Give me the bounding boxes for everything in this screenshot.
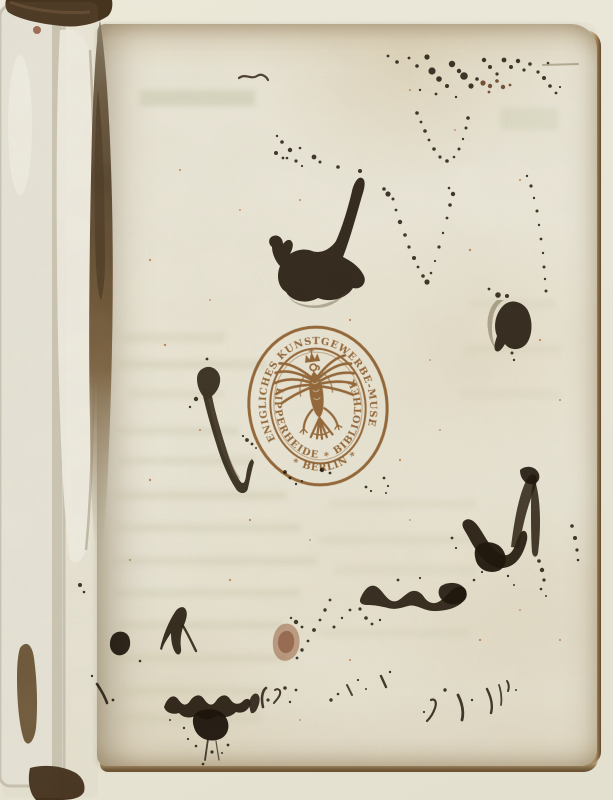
ink-speck-big-check-right	[573, 536, 577, 540]
ink-speck-right-dotted-arc	[543, 266, 546, 269]
ink-speck-rust-spatter	[480, 80, 485, 85]
ink-speck-dotted-v-right	[430, 272, 433, 275]
ink-speck-big-check-right	[540, 568, 544, 572]
ink-speck-dotted-v-right	[448, 203, 452, 207]
ink-speck-stamp-speckles	[242, 435, 244, 437]
ink-speck-dotted-v-right	[403, 233, 407, 237]
ink-speck-dotted-diag-red	[290, 617, 292, 619]
ink-speck-dotted-v-right	[385, 191, 390, 196]
ink-speck-big-check-right	[575, 548, 578, 551]
ink-speck-squiggle-top-left	[294, 159, 297, 162]
ink-speck-stamp-speckles	[255, 447, 257, 449]
ink-speck-mid-right-blob	[488, 288, 491, 291]
ink-speck-ps-marks	[295, 689, 298, 692]
ink-speck-dotted-v-right	[412, 256, 416, 260]
ink-speck-right-dotted-arc	[540, 238, 543, 241]
ink-speck-top-spatter	[559, 86, 561, 88]
ink-speck-squiggle-bottom-mid	[481, 571, 483, 573]
ink-speck-right-bottom-group	[515, 689, 517, 691]
ink-speck-dotted-v-right	[407, 245, 410, 248]
ink-speck-right-bottom-group	[423, 711, 425, 713]
ink-speck-right-bottom-group	[443, 688, 446, 691]
ink-speck-right-dotted-arc	[545, 290, 548, 293]
ink-speck-rust-spatter	[488, 91, 491, 94]
ink-speck-top-spatter	[445, 84, 449, 88]
ink-speck-bottom-scrawl	[187, 738, 189, 740]
ink-speck-right-dotted-arc	[533, 197, 535, 199]
ink-speck-dotted-arc-top-mid	[423, 129, 427, 133]
ink-speck-check-stroke	[206, 358, 209, 361]
ink-speck-dotted-diag-red	[319, 619, 322, 622]
ink-speck-top-spatter	[408, 57, 411, 60]
ink-speck-top-spatter	[475, 77, 479, 81]
ink-speck-ps-marks	[266, 698, 269, 701]
ink-speck-squiggle-bottom-mid	[379, 619, 381, 621]
ink-speck-dotted-diag-red	[296, 657, 299, 660]
ink-speck-dotted-diag-red	[294, 620, 298, 624]
ink-speck-dotted-diag-red	[307, 640, 310, 643]
ink-speck-top-spatter	[528, 62, 532, 66]
ink-speck-big-check-right	[513, 584, 515, 586]
ink-speck-dotted-v-right	[382, 187, 386, 191]
ink-speck-top-spatter	[495, 72, 498, 75]
ink-mark-lambda-mark	[110, 632, 130, 656]
ink-speck-dotted-arc-top-mid	[415, 111, 419, 115]
ink-speck-top-spatter	[460, 72, 468, 80]
ink-speck-top-spatter	[468, 83, 473, 88]
ink-speck-mid-right-blob	[495, 292, 501, 298]
ink-speck-dotted-arc-top-mid	[420, 121, 423, 124]
ink-speck-squiggle-bottom-mid	[419, 577, 421, 579]
ink-speck-squiggle-bottom-mid	[341, 617, 343, 619]
ink-speck-bottom-scrawl	[210, 750, 213, 753]
ink-speck-dotted-v-right	[424, 279, 429, 284]
ink-speck-squiggle-bottom-mid	[364, 616, 368, 620]
ink-speck-top-spatter	[436, 76, 442, 82]
ink-speck-stamp-speckles	[245, 438, 249, 442]
ink-speck-bird-blot	[282, 157, 285, 160]
ink-speck-top-spatter	[419, 89, 421, 91]
ink-speck-mid-dashes	[365, 688, 367, 690]
ink-speck-dotted-arc-top-mid	[432, 147, 436, 151]
ink-speck-dotted-v-right	[392, 198, 395, 201]
ink-speck-dotted-v-right	[398, 220, 402, 224]
ink-speck-top-spatter	[542, 76, 546, 80]
ink-speck-mid-dashes	[357, 679, 359, 681]
photo-backdrop: KOENIGLICHES KUNSTGEWERBE-MUSEUM ∗ BERLI…	[0, 0, 613, 800]
ink-speck-right-dotted-arc	[544, 278, 546, 280]
ink-speck-stamp-speckles	[370, 490, 372, 492]
ink-speck-big-check-right	[455, 547, 457, 549]
ink-speck-squiggle-bottom-mid	[371, 623, 374, 626]
ink-speck-bottom-scrawl	[202, 763, 205, 766]
ink-speck-top-spatter	[536, 70, 539, 73]
ink-speck-top-spatter	[449, 61, 455, 67]
ink-speck-dotted-arc-top-mid	[438, 155, 441, 158]
ink-speck-squiggle-top-left	[280, 140, 284, 144]
ink-speck-big-check-right	[540, 588, 543, 591]
ink-speck-stamp-speckles	[387, 485, 389, 487]
ink-speck-stamp-speckles	[320, 468, 324, 472]
ink-speck-ps-marks	[283, 686, 287, 690]
ink-speck-stamp-speckles	[365, 486, 368, 489]
ink-speck-bird-blot	[312, 155, 317, 160]
ink-speck-big-check-right	[537, 559, 541, 563]
ink-speck-top-spatter	[428, 67, 435, 74]
ink-speck-top-spatter	[509, 65, 513, 69]
ink-speck-dotted-arc-top-mid	[428, 139, 431, 142]
ink-speck-spine-bottom-dash	[112, 699, 115, 702]
ink-speck-dotted-v-right	[442, 232, 444, 234]
ink-speck-dotted-diag-red	[301, 626, 304, 629]
ink-speck-bird-blot	[336, 165, 340, 169]
ink-speck-big-check-right	[577, 559, 580, 562]
ink-speck-mid-dashes	[337, 693, 340, 696]
ink-speck-dotted-v-right	[434, 260, 436, 262]
ink-speck-squiggle-bottom-mid	[397, 579, 400, 582]
ink-speck-stamp-speckles	[283, 470, 287, 474]
ink-speck-bird-blot	[358, 169, 362, 173]
ink-speck-stamp-speckles	[329, 472, 332, 475]
ink-speck-big-check-right	[545, 595, 547, 597]
ink-speck-dotted-v-right	[421, 274, 425, 278]
ink-speck-dotted-v-right	[448, 187, 451, 190]
ink-speck-squiggle-top-left	[301, 165, 303, 167]
ink-speck-mid-right-blob	[513, 359, 515, 361]
ink-speck-dotted-arc-top-mid	[453, 156, 456, 159]
ink-speck-mid-dashes	[329, 698, 332, 701]
ink-speck-bird-blot	[319, 161, 322, 164]
ink-speck-right-dotted-arc	[529, 184, 532, 187]
ink-speck-squiggle-top-left	[286, 157, 289, 160]
ink-speck-top-spatter	[424, 54, 429, 59]
ink-speck-squiggle-bottom-mid	[349, 609, 352, 612]
ink-speck-squiggle-top-left	[276, 135, 278, 137]
ink-speck-top-spatter	[482, 58, 486, 62]
ink-speck-spine-bottom-dash	[91, 675, 93, 677]
ink-speck-right-dotted-arc	[538, 224, 540, 226]
ink-speck-stamp-speckles	[385, 492, 387, 494]
ink-speck-squiggle-bottom-mid	[473, 579, 476, 582]
ink-speck-dotted-v-right	[437, 245, 440, 248]
ink-speck-right-bottom-group	[471, 699, 473, 701]
ink-speck-bird-blot	[274, 151, 278, 155]
ink-speck-dotted-diag-red	[329, 599, 332, 602]
ink-speck-lambda-mark	[139, 660, 142, 663]
ink-speck-bottom-scrawl	[169, 719, 171, 721]
ink-speck-big-check-right	[507, 575, 509, 577]
ink-speck-big-check-right	[542, 578, 545, 581]
ink-speck-dotted-v-right	[417, 266, 420, 269]
ink-speck-stamp-speckles	[289, 477, 292, 480]
ink-speck-top-spatter	[522, 68, 525, 71]
ink-speck-rust-spatter	[495, 79, 499, 83]
ink-speck-dotted-arc-top-mid	[466, 116, 470, 120]
ink-speck-big-check-right	[570, 524, 574, 528]
ink-speck-bottom-scrawl	[195, 745, 198, 748]
ink-speck-stamp-speckles	[383, 477, 386, 480]
ink-speck-rust-spatter	[501, 85, 505, 89]
ink-speck-stamp-speckles	[295, 483, 297, 485]
ink-speck-top-spatter	[516, 59, 520, 63]
ink-speck-dotted-arc-top-mid	[462, 138, 464, 140]
ink-speck-top-spatter	[455, 96, 457, 98]
ink-speck-top-spatter	[387, 55, 390, 58]
ink-speck-dotted-diag-red	[300, 648, 303, 651]
ink-speck-top-spatter	[395, 60, 399, 64]
ink-speck-mid-right-blob	[511, 352, 514, 355]
ink-speck-check-stroke	[194, 397, 198, 401]
ink-speck-bird-blot	[299, 147, 302, 150]
ink-speck-bottom-scrawl	[227, 744, 230, 747]
ink-speck-squiggle-bottom-mid	[358, 607, 361, 610]
ink-speck-top-spatter	[457, 69, 461, 73]
ink-speck-top-spatter	[547, 62, 550, 65]
photo-overlay: KOENIGLICHES KUNSTGEWERBE-MUSEUM ∗ BERLI…	[0, 0, 613, 800]
ink-speck-dotted-arc-top-mid	[465, 127, 468, 130]
ink-speck-dotted-v-right	[446, 217, 449, 220]
ink-speck-mid-right-blob	[505, 294, 509, 298]
ink-speck-check-stroke	[189, 406, 191, 408]
ink-speck-right-dotted-arc	[526, 175, 528, 177]
ink-speck-lambda-mark	[83, 591, 86, 594]
ink-speck-dotted-arc-top-mid	[458, 148, 461, 151]
ink-speck-dotted-v-right	[395, 209, 398, 212]
ink-speck-top-spatter	[435, 93, 438, 96]
ink-speck-dotted-v-right	[451, 192, 455, 196]
ink-speck-lambda-mark	[78, 583, 82, 587]
ink-speck-big-check-right	[451, 537, 454, 540]
ink-speck-dotted-arc-top-mid	[445, 159, 449, 163]
ink-speck-stamp-speckles	[251, 443, 254, 446]
parchment-grain-texture	[0, 0, 613, 800]
ink-speck-stamp-speckles	[301, 480, 303, 482]
ink-speck-bottom-scrawl	[221, 752, 223, 754]
ink-speck-rust-spatter	[488, 84, 492, 88]
ink-speck-top-spatter	[415, 64, 419, 68]
ink-speck-top-spatter	[502, 58, 507, 63]
ink-speck-right-dotted-arc	[536, 210, 539, 213]
ink-speck-ps-marks	[289, 701, 291, 703]
ink-speck-mid-dashes	[389, 671, 391, 673]
ink-speck-dotted-diag-red	[312, 628, 316, 632]
ink-speck-squiggle-top-left	[288, 148, 292, 152]
ink-speck-squiggle-bottom-mid	[333, 626, 336, 629]
ink-speck-bottom-scrawl	[183, 727, 185, 729]
ink-speck-top-spatter	[548, 84, 552, 88]
ink-speck-dotted-diag-red	[323, 608, 326, 611]
ink-speck-right-dotted-arc	[542, 252, 544, 254]
ink-speck-top-spatter	[488, 65, 492, 69]
ink-speck-top-spatter	[555, 92, 558, 95]
ink-speck-rust-spatter	[509, 84, 512, 87]
